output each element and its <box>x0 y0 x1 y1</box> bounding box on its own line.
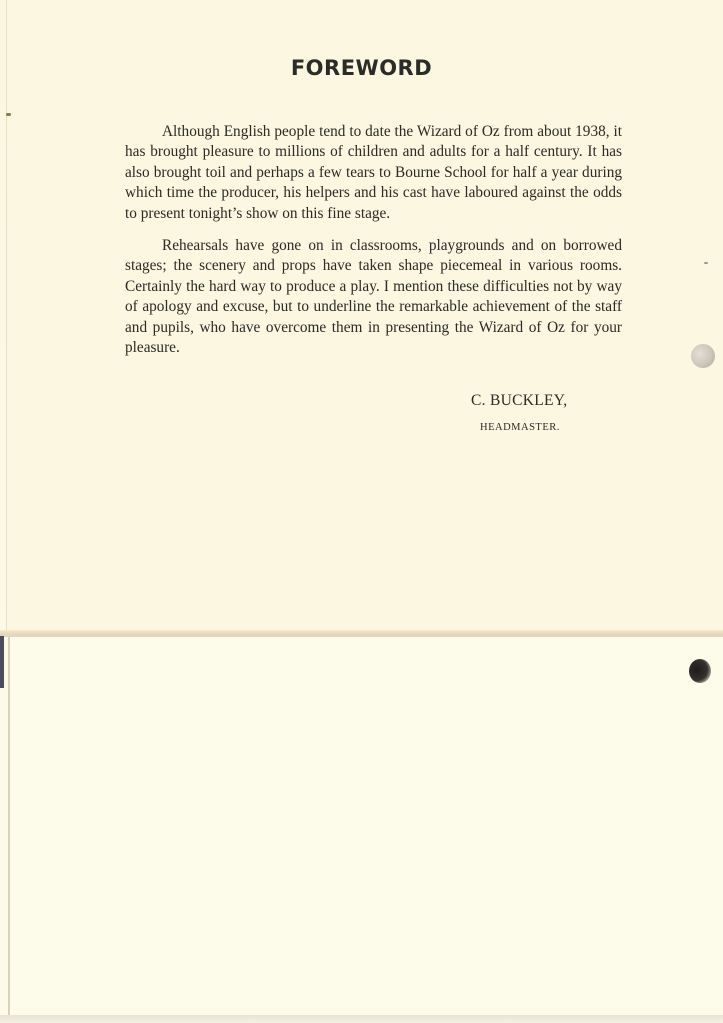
fold-crease <box>0 630 723 637</box>
paragraph-text: Although English people tend to date the… <box>125 122 622 224</box>
signature-name: C. BUCKLEY, <box>471 392 567 410</box>
page-bottom-edge <box>0 1015 723 1023</box>
foreword-paragraph-1: Although English people tend to date the… <box>125 122 622 224</box>
scan-speck <box>6 113 11 116</box>
page-edge-shadow <box>0 636 4 688</box>
page-title: FOREWORD <box>0 56 723 80</box>
signature-role: HEADMASTER. <box>480 422 560 433</box>
scanned-page: FOREWORD Although English people tend to… <box>0 0 723 1023</box>
foreword-paragraph-2: Rehearsals have gone on in classrooms, p… <box>125 236 622 358</box>
page-lower-half <box>8 637 723 1017</box>
punch-hole-icon <box>689 659 711 683</box>
paragraph-text: Rehearsals have gone on in classrooms, p… <box>125 236 622 358</box>
scan-speck <box>704 262 708 264</box>
punch-hole-icon <box>691 344 715 368</box>
